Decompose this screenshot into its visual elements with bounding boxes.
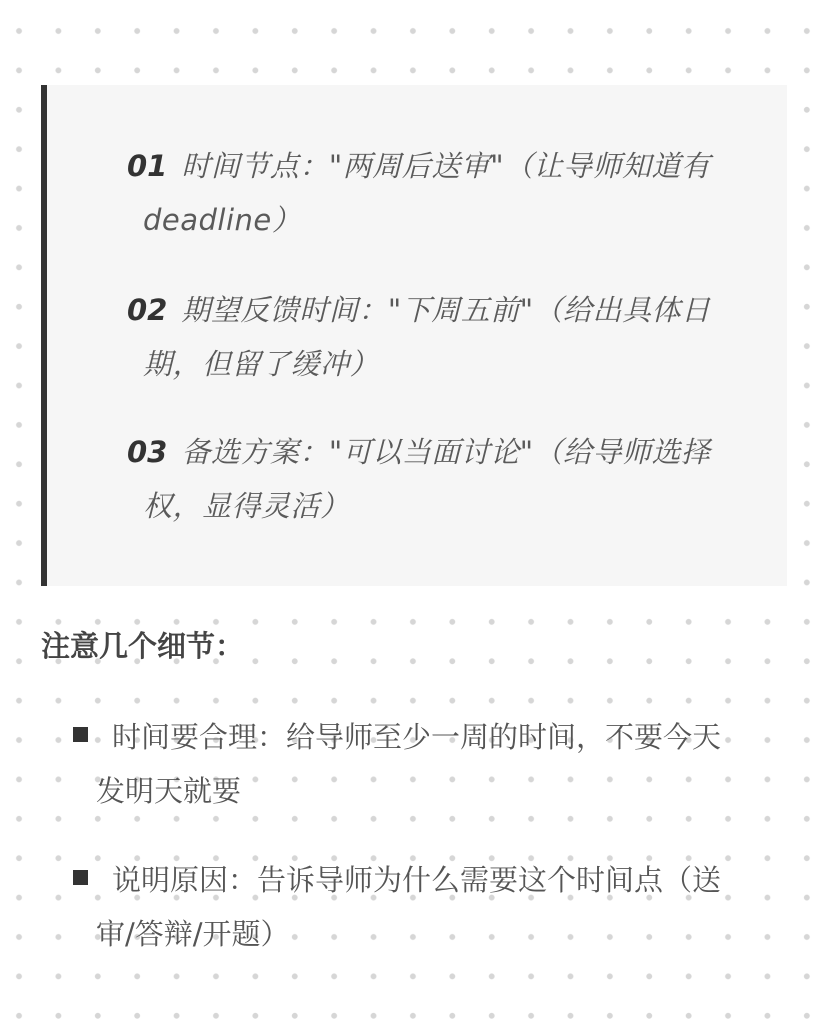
item-text-continued: 权，显得灵活） bbox=[127, 479, 747, 533]
item-number: 01 bbox=[127, 149, 167, 183]
quote-item-02: 02期望反馈时间："下周五前"（给出具体日 期，但留了缓冲） bbox=[127, 283, 747, 391]
item-number: 03 bbox=[127, 435, 167, 469]
bullet-text: 说明原因：告诉导师为什么需要这个时间点（送 bbox=[96, 853, 786, 907]
item-text: 时间节点："两周后送审"（让导师知道有 bbox=[181, 149, 710, 183]
square-bullet-icon bbox=[73, 870, 88, 885]
quote-item-03: 03备选方案："可以当面讨论"（给导师选择 权，显得灵活） bbox=[127, 425, 747, 533]
bullet-text-continued: 发明天就要 bbox=[96, 764, 786, 818]
item-text-continued: 期，但留了缓冲） bbox=[127, 337, 747, 391]
bullet-item: 说明原因：告诉导师为什么需要这个时间点（送 审/答辩/开题） bbox=[96, 853, 786, 961]
bullet-item: 时间要合理：给导师至少一周的时间，不要今天 发明天就要 bbox=[96, 710, 786, 818]
item-text-continued: deadline） bbox=[127, 193, 747, 247]
bullet-text-continued: 审/答辩/开题） bbox=[96, 907, 786, 961]
square-bullet-icon bbox=[73, 727, 88, 742]
item-text: 期望反馈时间："下周五前"（给出具体日 bbox=[181, 293, 710, 327]
section-title: 注意几个细节： bbox=[41, 624, 244, 668]
item-number: 02 bbox=[127, 293, 167, 327]
bullet-text: 时间要合理：给导师至少一周的时间，不要今天 bbox=[96, 710, 786, 764]
quote-item-01: 01时间节点："两周后送审"（让导师知道有 deadline） bbox=[127, 139, 747, 247]
quote-block: 01时间节点："两周后送审"（让导师知道有 deadline） 02期望反馈时间… bbox=[41, 85, 787, 586]
item-text: 备选方案："可以当面讨论"（给导师选择 bbox=[181, 435, 710, 469]
